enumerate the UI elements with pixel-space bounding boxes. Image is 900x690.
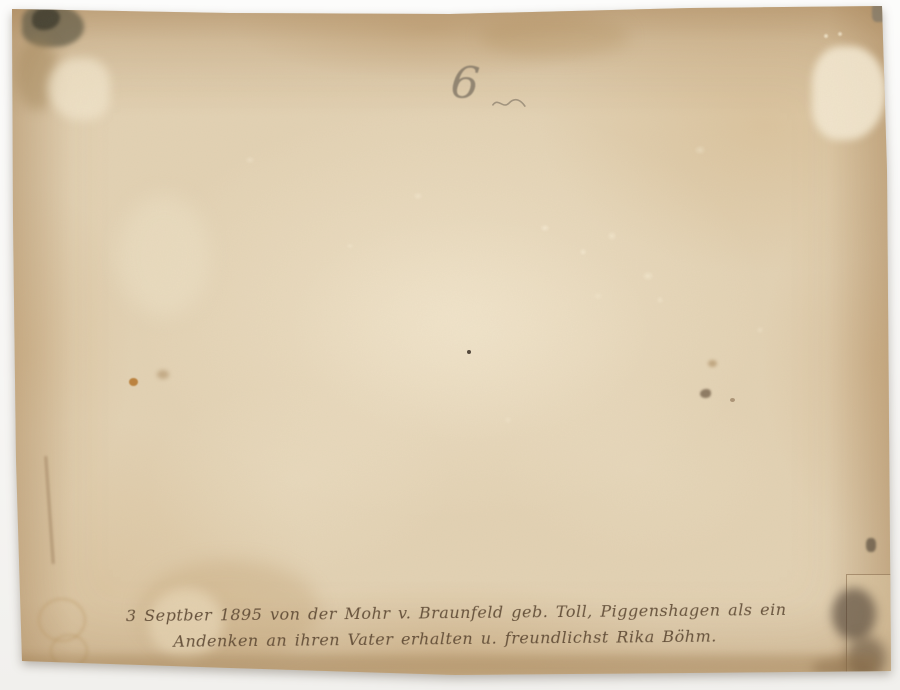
pencil-squiggle-icon bbox=[490, 95, 527, 113]
photo-backdrop: 6 3 Septber 1895 von der Mohr v. Braunfe… bbox=[0, 0, 900, 690]
photo-mount-verso: 6 3 Septber 1895 von der Mohr v. Braunfe… bbox=[0, 0, 900, 690]
card-shadow-wrap: 6 3 Septber 1895 von der Mohr v. Braunfe… bbox=[0, 0, 900, 690]
pencil-notation: 6 bbox=[445, 62, 545, 122]
handwritten-dedication: 3 Septber 1895 von der Mohr v. Braunfeld… bbox=[126, 597, 798, 655]
pencil-number: 6 bbox=[449, 61, 481, 108]
